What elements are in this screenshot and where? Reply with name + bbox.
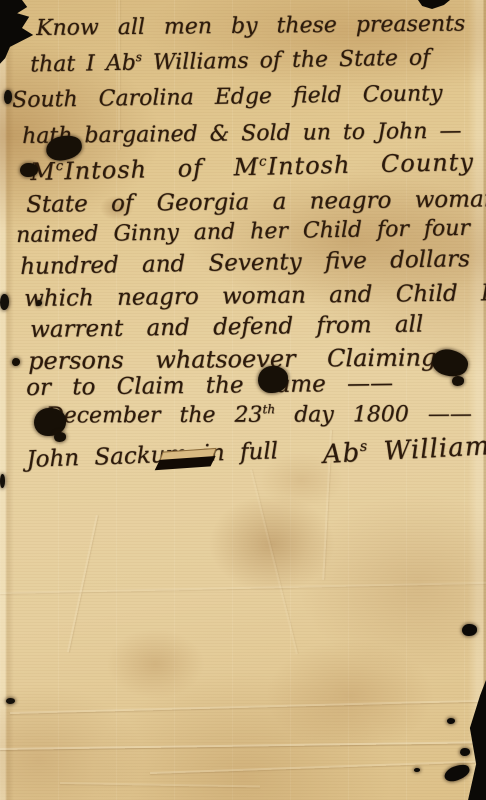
edge-speck <box>6 698 15 704</box>
edge-speck <box>447 718 455 724</box>
manuscript-line-12: or to Claim the same —— <box>26 371 393 401</box>
ink-blot <box>452 376 464 386</box>
manuscript-line-10: warrent and defend from all <box>30 312 423 343</box>
scanned-document: Know all men by these preasentsthat I Ab… <box>0 0 486 800</box>
text-segment: Intosh of M <box>64 153 260 185</box>
edge-speck <box>12 358 20 366</box>
manuscript-line-1: Know all men by these preasents <box>36 12 465 41</box>
edge-speck <box>462 624 477 636</box>
text-segment: Williams <box>368 430 486 467</box>
text-segment: Williams of the State of <box>142 45 431 75</box>
ink-blot <box>258 366 288 393</box>
superscript: th <box>262 402 275 416</box>
text-segment: warrent and defend from all <box>30 312 423 343</box>
text-segment: Ab <box>322 438 361 470</box>
edge-speck <box>4 90 12 104</box>
text-segment: that I Ab <box>30 51 136 78</box>
paper-hole <box>154 448 219 474</box>
manuscript-line-13: December the 23th day 1800 —— <box>46 402 472 429</box>
edge-speck <box>0 294 9 310</box>
edge-speck <box>460 748 470 756</box>
ink-blot <box>54 432 66 442</box>
edge-speck <box>0 474 5 488</box>
text-segment: December the 23 <box>46 403 263 429</box>
text-segment: day 1800 —— <box>275 402 472 428</box>
edge-speck <box>414 768 420 772</box>
text-segment: Know all men by these preasents <box>36 12 465 41</box>
edge-speck <box>36 300 42 306</box>
ink-blot <box>20 163 38 177</box>
text-segment: or to Claim the same —— <box>26 371 393 401</box>
superscript: c <box>56 159 65 174</box>
text-segment: State of Georgia a neagro woman <box>26 186 486 218</box>
text-segment: Intosh County <box>267 148 474 181</box>
manuscript-line-6: State of Georgia a neagro woman <box>26 186 486 218</box>
